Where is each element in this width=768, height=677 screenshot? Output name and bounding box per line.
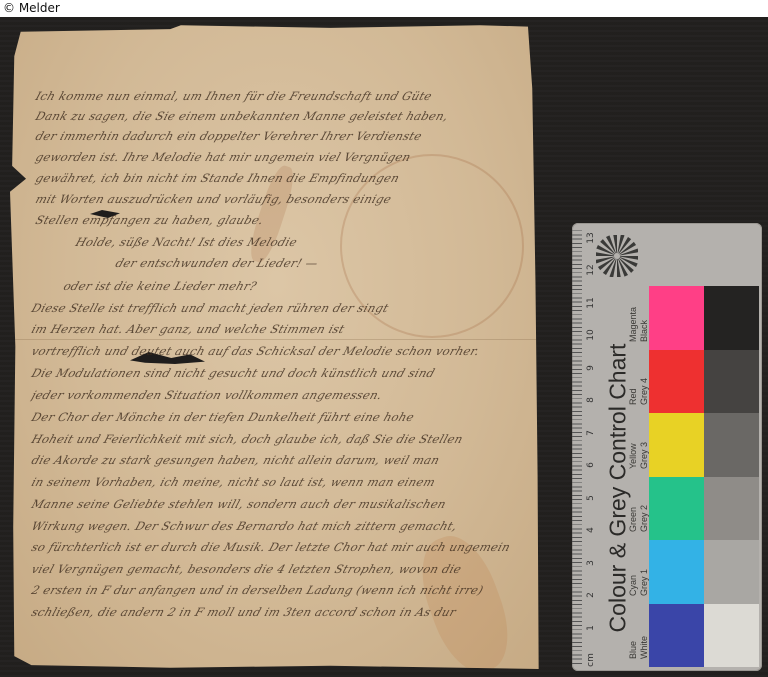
- ruler-number: 3: [586, 554, 596, 572]
- ruler-number: 8: [586, 391, 596, 409]
- colour-patch-green: [649, 477, 704, 541]
- manuscript-line: die Akorde zu stark gesungen haben, nich…: [29, 450, 443, 470]
- manuscript-line: vortrefflich und deutet auch auf das Sch…: [29, 341, 483, 361]
- colour-patch-red: [649, 350, 704, 414]
- manuscript-line: oder ist die keine Lieder mehr?: [61, 276, 260, 296]
- colour-patch-cyan: [649, 540, 704, 604]
- manuscript-line: Diese Stelle ist trefflich und macht jed…: [29, 298, 392, 318]
- copyright-bar: © Melder: [0, 0, 768, 17]
- paper-fold-line: [10, 339, 544, 340]
- manuscript-line: Hoheit und Feierlichkeit mit sich, doch …: [29, 429, 466, 449]
- grey-label: Grey 1: [639, 568, 649, 595]
- grey-patch-black: [704, 286, 759, 350]
- grey-patch-white: [704, 604, 759, 668]
- ruler-number: 11: [586, 294, 596, 312]
- colour-label: Green: [628, 507, 638, 532]
- manuscript-line: Holde, süße Nacht! Ist dies Melodie: [73, 232, 300, 252]
- colour-patch-magenta: [649, 286, 704, 350]
- manuscript-line: Der Chor der Mönche in der tiefen Dunkel…: [29, 407, 417, 427]
- manuscript-line: in seinem Vorhaben, ich meine, nicht so …: [29, 472, 438, 492]
- manuscript-line: Wirkung wegen. Der Schwur des Bernardo h…: [29, 516, 460, 536]
- grey-patch-grey-3: [704, 413, 759, 477]
- ruler-number: 5: [586, 489, 596, 507]
- colour-label: Magenta: [628, 306, 638, 341]
- ruler-number: 12: [586, 261, 596, 279]
- manuscript-line: gewähret, ich bin nicht im Stande Ihnen …: [33, 168, 403, 188]
- manuscript-line: mit Worten auszudrücken und vorläufig, b…: [33, 189, 395, 209]
- manuscript-line: Die Modulationen sind nicht gesucht und …: [29, 363, 438, 383]
- ruler-number: 9: [586, 359, 596, 377]
- manuscript-line: 2 ersten in F dur anfangen und in dersel…: [29, 580, 487, 600]
- siemens-star-icon: [596, 235, 638, 277]
- ruler-number: 4: [586, 521, 596, 539]
- colour-label: Yellow: [628, 443, 638, 469]
- manuscript-line: viel Vergnügen gemacht, besonders die 4 …: [29, 559, 465, 579]
- colour-label: Blue: [628, 641, 638, 659]
- grey-label: Grey 4: [639, 378, 649, 405]
- chart-title: Colour & Grey Control Chart: [598, 323, 638, 653]
- manuscript-line: Ich komme nun einmal, um Ihnen für die F…: [33, 86, 435, 106]
- manuscript-line: im Herzen hat. Aber ganz, und welche Sti…: [29, 319, 348, 339]
- grey-label: Black: [639, 319, 649, 341]
- manuscript-line: Dank zu sagen, die Sie einem unbekannten…: [33, 106, 451, 126]
- grey-label: White: [639, 636, 649, 659]
- manuscript-line: Manne seine Geliebte stehlen will, sonde…: [29, 494, 449, 514]
- colour-label: Cyan: [628, 574, 638, 595]
- grey-label: Grey 3: [639, 441, 649, 468]
- grey-patch-grey-2: [704, 477, 759, 541]
- manuscript-line: der immerhin dadurch ein doppelter Vereh…: [33, 126, 425, 146]
- grey-patch-grey-4: [704, 350, 759, 414]
- copyright-text: © Melder: [3, 1, 60, 15]
- manuscript-line: so fürchterlich ist er durch die Musik. …: [29, 537, 514, 557]
- manuscript-line: Stellen empfangen zu haben, glaube.: [33, 210, 267, 230]
- ruler-number: 1: [586, 619, 596, 637]
- manuscript-line: der entschwunden der Lieder! —: [113, 253, 321, 273]
- colour-patch-blue: [649, 604, 704, 668]
- ruler-number: 13: [586, 229, 596, 247]
- colour-control-chart: cm12345678910111213 Colour & Grey Contro…: [572, 223, 762, 671]
- colour-label: Red: [628, 388, 638, 405]
- ruler-number: 6: [586, 456, 596, 474]
- ruler-number: 7: [586, 424, 596, 442]
- manuscript-line: jeder vorkommenden Situation vollkommen …: [29, 385, 385, 405]
- ruler-number: 10: [586, 326, 596, 344]
- manuscript-line: geworden ist. Ihre Melodie hat mir ungem…: [33, 147, 414, 167]
- manuscript-line: schließen, die andern 2 in F moll und im…: [29, 602, 459, 622]
- colour-patch-yellow: [649, 413, 704, 477]
- grey-label: Grey 2: [639, 505, 649, 532]
- ruler-number: cm: [586, 651, 596, 669]
- grey-patch-grey-1: [704, 540, 759, 604]
- ruler-number: 2: [586, 586, 596, 604]
